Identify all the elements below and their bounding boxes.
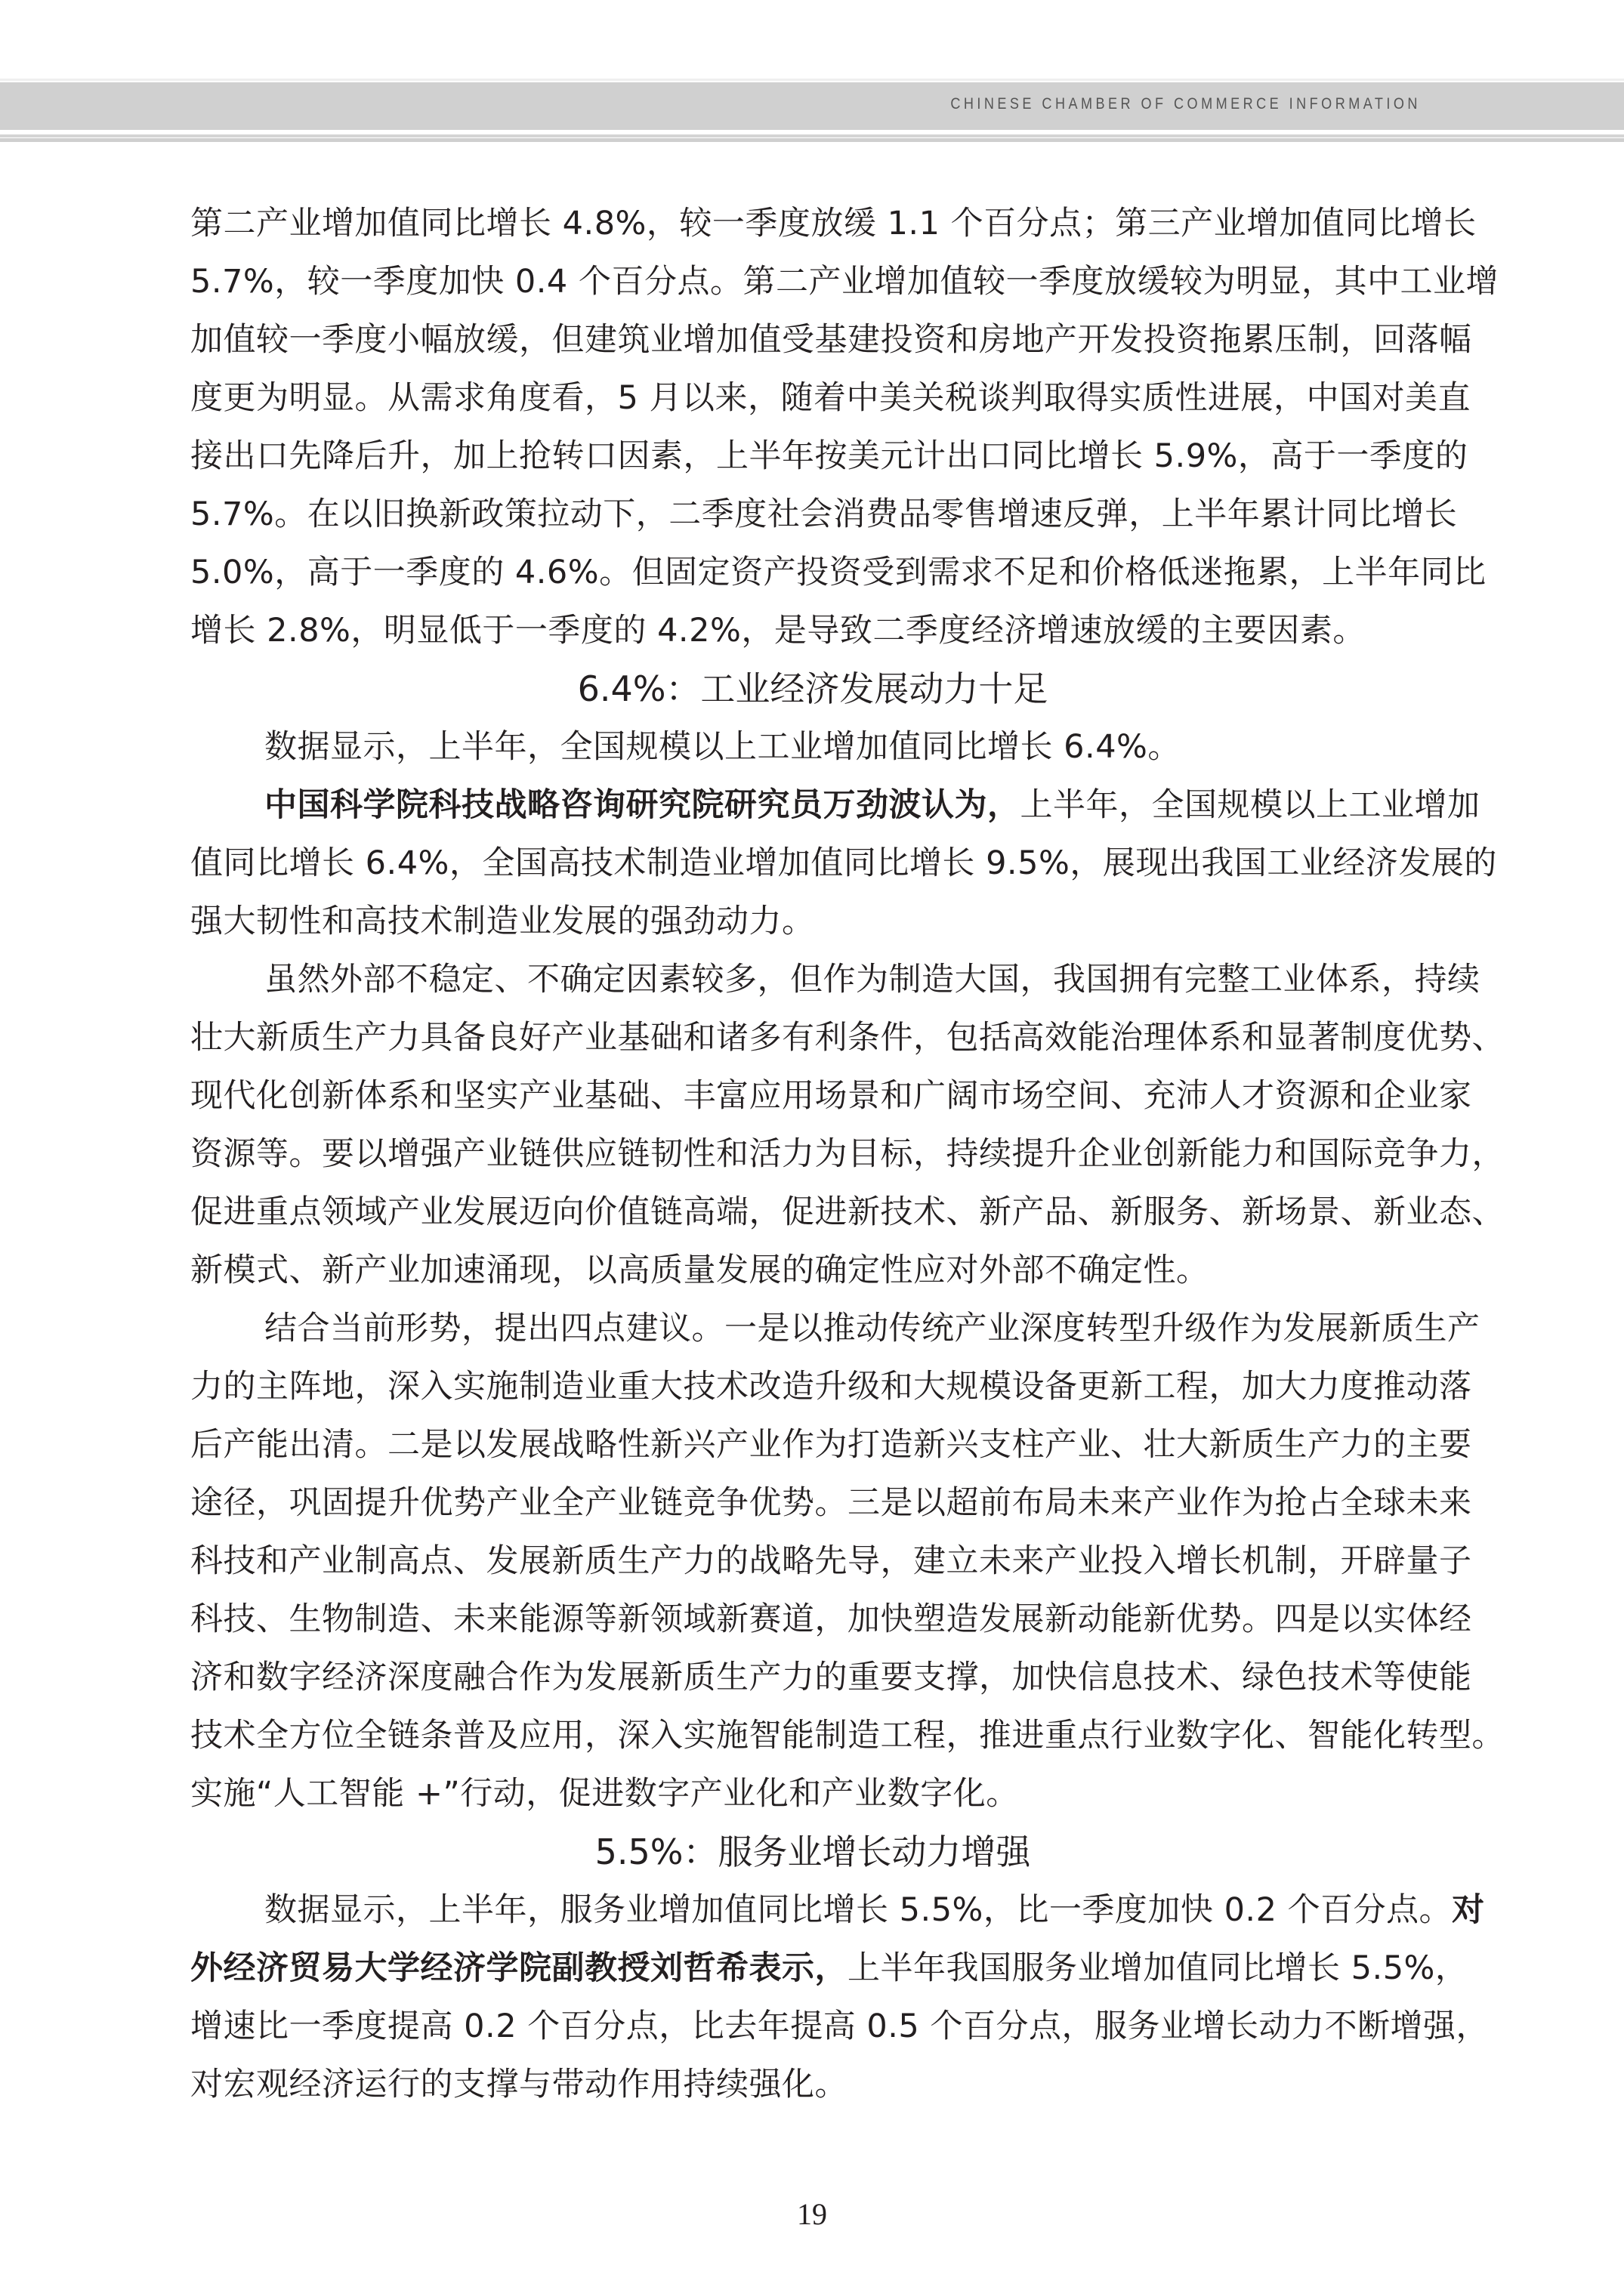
expert-attribution: 外经济贸易大学经济学院副教授刘哲希表示， — [190, 1949, 848, 1987]
text-line: 增长 2.8%，明显低于一季度的 4.2%，是导致二季度经济增速放缓的主要因素。 — [190, 602, 1435, 660]
text-line: 促进重点领域产业发展迈向价值链高端，促进新技术、新产品、新服务、新场景、新业态、 — [190, 1184, 1435, 1242]
expert-attribution: 对 — [1452, 1891, 1485, 1929]
section-heading-industry: 6.4%：工业经济发展动力十足 — [190, 660, 1435, 718]
text-line: 后产能出清。二是以发展战略性新兴产业作为打造新兴支柱产业、壮大新质生产力的主要 — [190, 1416, 1435, 1474]
text-line: 数据显示，上半年，全国规模以上工业增加值同比增长 6.4%。 — [190, 718, 1435, 776]
text-line: 增速比一季度提高 0.2 个百分点，比去年提高 0.5 个百分点，服务业增长动力… — [190, 1998, 1435, 2056]
paragraph-services: 数据显示，上半年，服务业增加值同比增长 5.5%，比一季度加快 0.2 个百分点… — [190, 1881, 1435, 2114]
paragraph-expert-quote-wan: 中国科学院科技战略咨询研究院研究员万劲波认为，上半年，全国规模以上工业增加 值同… — [190, 776, 1435, 951]
text-line: 现代化创新体系和坚实产业基础、丰富应用场景和广阔市场空间、充沛人才资源和企业家 — [190, 1067, 1435, 1125]
publication-title: CHINESE CHAMBER OF COMMERCE INFORMATION — [950, 95, 1421, 113]
text-line: 5.7%。在以旧换新政策拉动下，二季度社会消费品零售增速反弹，上半年累计同比增长 — [190, 486, 1435, 544]
text-line: 力的主阵地，深入实施制造业重大技术改造升级和大规模设备更新工程，加大力度推动落 — [190, 1358, 1435, 1416]
text-line: 度更为明显。从需求角度看，5 月以来，随着中美关税谈判取得实质性进展，中国对美直 — [190, 369, 1435, 427]
text-line: 接出口先降后升，加上抢转口因素，上半年按美元计出口同比增长 5.9%，高于一季度… — [190, 427, 1435, 486]
text-line: 中国科学院科技战略咨询研究院研究员万劲波认为，上半年，全国规模以上工业增加 — [190, 776, 1435, 835]
text-line: 途径，巩固提升优势产业全产业链竞争优势。三是以超前布局未来产业作为抢占全球未来 — [190, 1474, 1435, 1532]
text-line: 虽然外部不稳定、不确定因素较多，但作为制造大国，我国拥有完整工业体系，持续 — [190, 951, 1435, 1009]
text-line: 数据显示，上半年，服务业增加值同比增长 5.5%，比一季度加快 0.2 个百分点… — [190, 1881, 1435, 1940]
text-line: 技术全方位全链条普及应用，深入实施智能制造工程，推进重点行业数字化、智能化转型。 — [190, 1707, 1435, 1765]
paragraph-intro: 第二产业增加值同比增长 4.8%，较一季度放缓 1.1 个百分点；第三产业增加值… — [190, 195, 1435, 660]
section-heading-services: 5.5%：服务业增长动力增强 — [190, 1823, 1435, 1881]
expert-attribution: 中国科学院科技战略咨询研究院研究员万劲波认为， — [264, 786, 1020, 824]
paragraph-suggestions: 结合当前形势，提出四点建议。一是以推动传统产业深度转型升级作为发展新质生产 力的… — [190, 1300, 1435, 1823]
text-line: 壮大新质生产力具备良好产业基础和诸多有利条件，包括高效能治理体系和显著制度优势、 — [190, 1009, 1435, 1067]
text-line: 第二产业增加值同比增长 4.8%，较一季度放缓 1.1 个百分点；第三产业增加值… — [190, 195, 1435, 253]
text-line: 新模式、新产业加速涌现，以高质量发展的确定性应对外部不确定性。 — [190, 1242, 1435, 1300]
text-line: 5.7%，较一季度加快 0.4 个百分点。第二产业增加值较一季度放缓较为明显，其… — [190, 253, 1435, 311]
text-line: 济和数字经济深度融合作为发展新质生产力的重要支撑，加快信息技术、绿色技术等使能 — [190, 1649, 1435, 1707]
page-number: 19 — [0, 2196, 1624, 2232]
text-line: 科技、生物制造、未来能源等新领域新赛道，加快塑造发展新动能新优势。四是以实体经 — [190, 1591, 1435, 1649]
text-line: 对宏观经济运行的支撑与带动作用持续强化。 — [190, 2056, 1435, 2114]
text-line: 加值较一季度小幅放缓，但建筑业增加值受基建投资和房地产开发投资拖累压制，回落幅 — [190, 311, 1435, 369]
text-line: 资源等。要以增强产业链供应链韧性和活力为目标，持续提升企业创新能力和国际竞争力， — [190, 1125, 1435, 1184]
header-rule — [0, 134, 1624, 137]
paragraph-industry-analysis: 虽然外部不稳定、不确定因素较多，但作为制造大国，我国拥有完整工业体系，持续 壮大… — [190, 951, 1435, 1300]
text-fragment: 数据显示，上半年，服务业增加值同比增长 5.5%，比一季度加快 0.2 个百分点… — [264, 1891, 1452, 1929]
text-line: 强大韧性和高技术制造业发展的强劲动力。 — [190, 893, 1435, 951]
header-top-line — [0, 79, 1624, 81]
text-fragment: 上半年我国服务业增加值同比增长 5.5%， — [848, 1949, 1468, 1987]
header-rule — [0, 138, 1624, 142]
text-line: 科技和产业制高点、发展新质生产力的战略先导，建立未来产业投入增长机制，开辟量子 — [190, 1532, 1435, 1591]
text-line: 5.0%，高于一季度的 4.6%。但固定资产投资受到需求不足和价格低迷拖累，上半… — [190, 544, 1435, 602]
text-fragment: 上半年，全国规模以上工业增加 — [1020, 786, 1480, 824]
text-line: 实施“人工智能 +”行动，促进数字产业化和产业数字化。 — [190, 1765, 1435, 1823]
text-line: 外经济贸易大学经济学院副教授刘哲希表示，上半年我国服务业增加值同比增长 5.5%… — [190, 1940, 1435, 1998]
paragraph-industry-data: 数据显示，上半年，全国规模以上工业增加值同比增长 6.4%。 — [190, 718, 1435, 776]
text-line: 值同比增长 6.4%，全国高技术制造业增加值同比增长 9.5%，展现出我国工业经… — [190, 835, 1435, 893]
article-body: 第二产业增加值同比增长 4.8%，较一季度放缓 1.1 个百分点；第三产业增加值… — [190, 195, 1435, 2114]
text-line: 结合当前形势，提出四点建议。一是以推动传统产业深度转型升级作为发展新质生产 — [190, 1300, 1435, 1358]
